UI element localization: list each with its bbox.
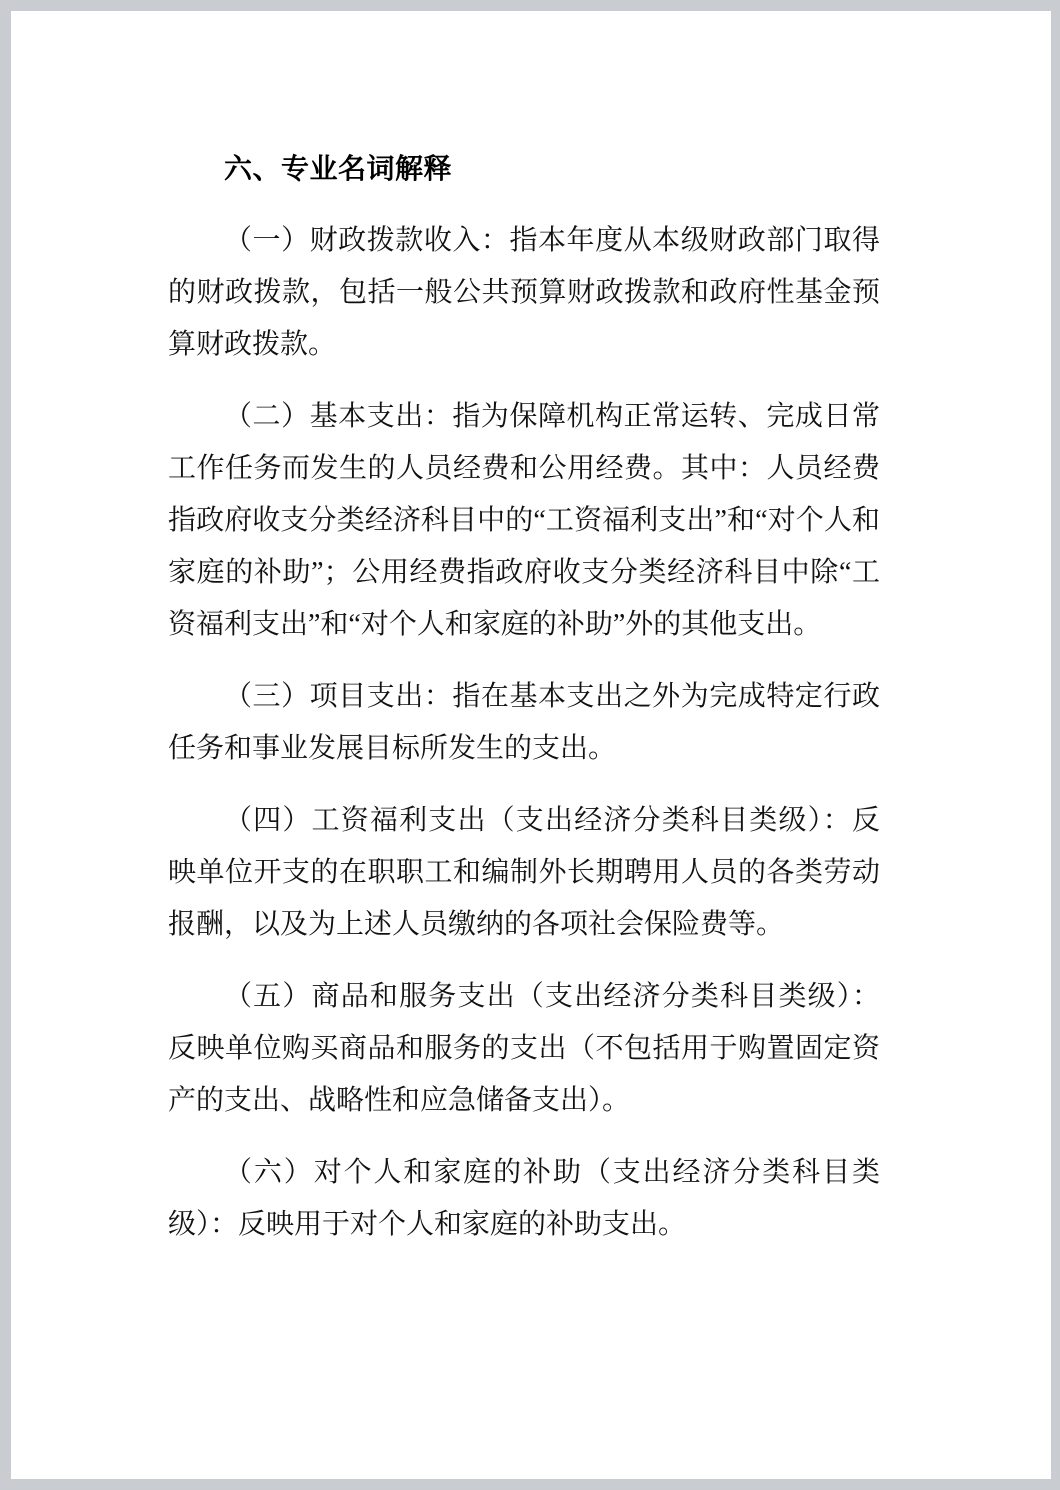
paragraph-goods-services-expenditure: （五）商品和服务支出（支出经济分类科目类级）：反映单位购买商品和服务的支出（不包…: [168, 971, 880, 1127]
document-page: 六、专业名词解释 （一）财政拨款收入：指本年度从本级财政部门取得的财政拨款，包括…: [11, 11, 1051, 1479]
page-background: { "page": { "background_color": "#c9cdd1…: [0, 0, 1060, 1490]
paragraph-individual-family-subsidy: （六）对个人和家庭的补助（支出经济分类科目类级）：反映用于对个人和家庭的补助支出…: [168, 1147, 880, 1251]
paragraph-wage-welfare-expenditure: （四）工资福利支出（支出经济分类科目类级）：反映单位开支的在职职工和编制外长期聘…: [168, 795, 880, 951]
document-content: 六、专业名词解释 （一）财政拨款收入：指本年度从本级财政部门取得的财政拨款，包括…: [168, 143, 880, 1251]
paragraph-project-expenditure: （三）项目支出：指在基本支出之外为完成特定行政任务和事业发展目标所发生的支出。: [168, 671, 880, 775]
paragraph-basic-expenditure: （二）基本支出：指为保障机构正常运转、完成日常工作任务而发生的人员经费和公用经费…: [168, 391, 880, 651]
section-title: 六、专业名词解释: [168, 143, 880, 195]
paragraph-fiscal-appropriation-income: （一）财政拨款收入：指本年度从本级财政部门取得的财政拨款，包括一般公共预算财政拨…: [168, 215, 880, 371]
